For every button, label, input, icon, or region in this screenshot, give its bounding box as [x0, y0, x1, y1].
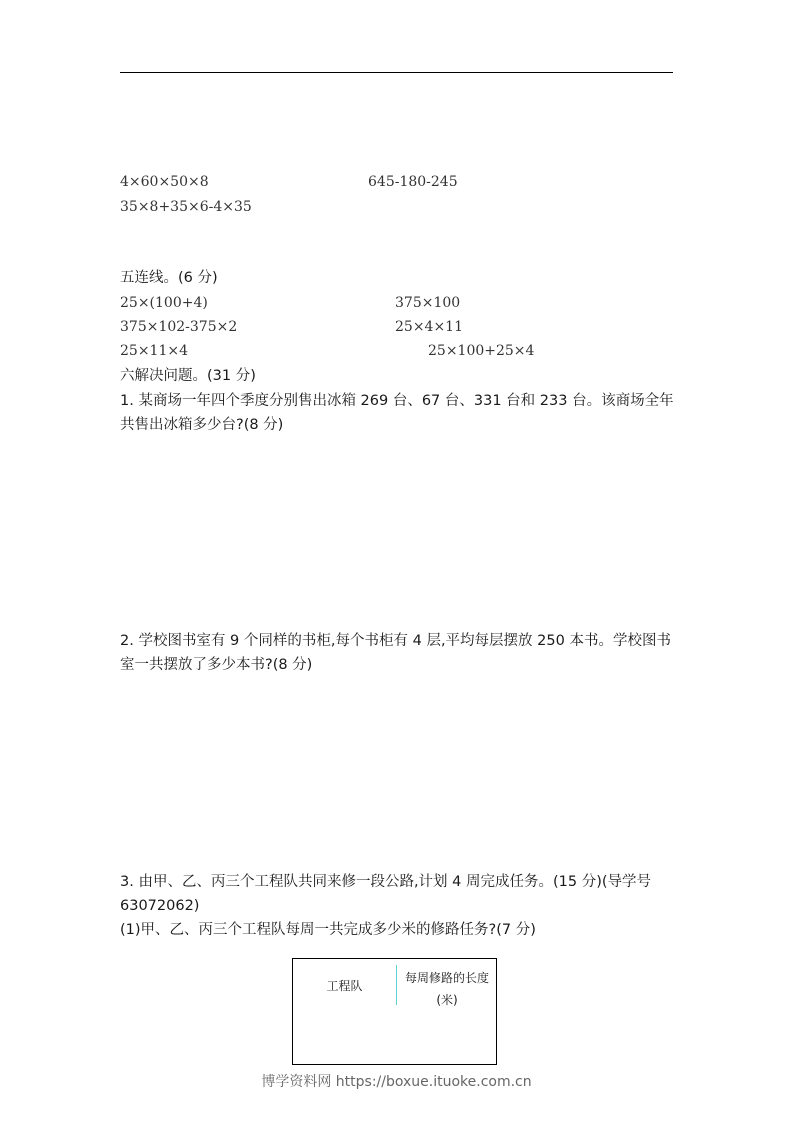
match-right-1: 375×100 — [395, 293, 460, 313]
header-rule — [120, 72, 673, 73]
table-header-team: 工程队 — [293, 977, 396, 994]
question-1: 1. 某商场一年四个季度分别售出冰箱 269 台、67 台、331 台和 233… — [120, 389, 676, 437]
question-3-part-1: (1)甲、乙、丙三个工程队每周一共完成多少米的修路任务?(7 分) — [120, 918, 676, 942]
question-3: 3. 由甲、乙、丙三个工程队共同来修一段公路,计划 4 周完成任务。(15 分)… — [120, 870, 676, 918]
calc-expression-3: 35×8+35×6-4×35 — [120, 197, 252, 217]
match-left-1: 25×(100+4) — [120, 293, 208, 313]
match-left-3: 25×11×4 — [120, 341, 188, 361]
table-header-length-unit: (米) — [399, 989, 495, 1011]
match-right-2: 25×4×11 — [395, 317, 463, 337]
footer-watermark: 博学资料网 https://boxue.ituoke.com.cn — [0, 1071, 793, 1091]
section-5-title: 五连线。(6 分) — [120, 268, 218, 288]
table-column-divider — [396, 965, 397, 1005]
section-6-title: 六解决问题。(31 分) — [120, 366, 256, 386]
answer-table: 工程队 每周修路的长度 (米) — [292, 958, 497, 1065]
table-header-length-label: 每周修路的长度 — [399, 967, 495, 989]
match-left-2: 375×102-375×2 — [120, 317, 237, 337]
table-header-length: 每周修路的长度 (米) — [399, 967, 495, 1011]
question-2: 2. 学校图书室有 9 个同样的书柜,每个书柜有 4 层,平均每层摆放 250 … — [120, 629, 676, 677]
calc-expression-1: 4×60×50×8 — [120, 172, 209, 192]
calc-expression-2: 645-180-245 — [368, 172, 458, 192]
match-right-3: 25×100+25×4 — [428, 341, 534, 361]
